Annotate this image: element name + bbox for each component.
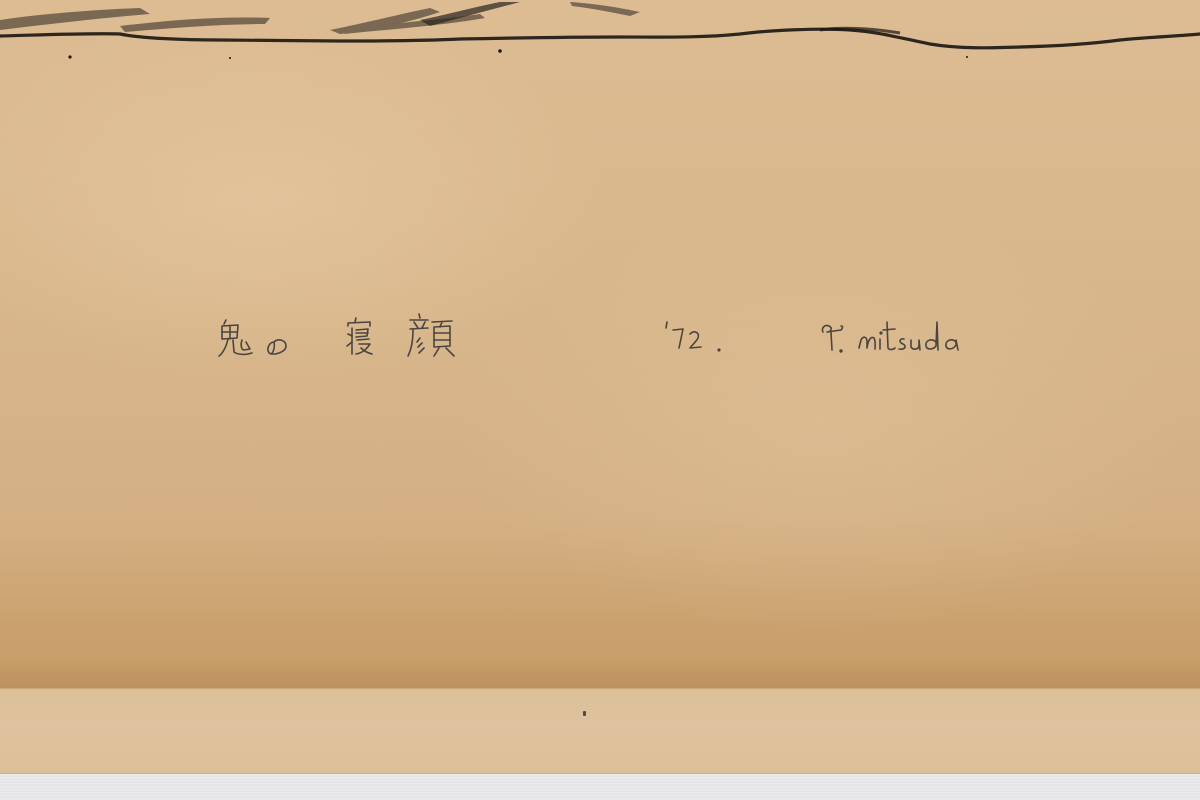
title-inscription: 鬼の寝顔 <box>214 312 464 360</box>
handwritten-title-glyphs <box>214 312 464 360</box>
mat-blemish <box>583 711 586 716</box>
artist-signature: T. mitsuda <box>815 312 1030 360</box>
mat-board <box>0 688 1200 774</box>
handwritten-signature-glyphs <box>815 312 1030 360</box>
lithograph-drawing-edge <box>0 0 1200 70</box>
frame-fabric-edge <box>0 773 1200 800</box>
print-paper-sheet: 鬼の寝顔 <box>0 0 1200 688</box>
date-inscription: '72. <box>664 312 744 360</box>
handwritten-date-glyphs <box>664 312 744 360</box>
